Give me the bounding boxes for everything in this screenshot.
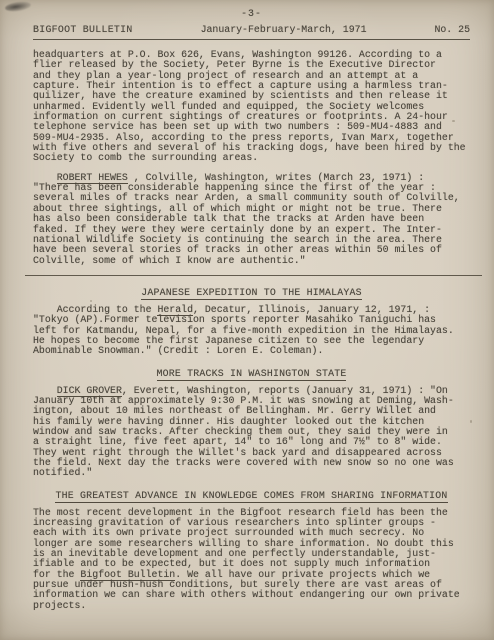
text-line: projects.: [33, 601, 470, 611]
article-body: headquarters at P.O. Box 626, Evans, Was…: [33, 50, 470, 611]
issue-date: January-February-March, 1971: [201, 24, 367, 35]
paper-speck: [60, 560, 62, 562]
page-content: -3- BIGFOOT BULLETIN January-February-Ma…: [0, 0, 494, 611]
paper-speck: [452, 120, 455, 122]
section-divider: [25, 275, 482, 276]
section-heading-text: THE GREATEST ADVANCE IN KNOWLEDGE COMES …: [55, 490, 447, 503]
paper-speck: [470, 420, 472, 423]
text-line: Abominable Snowman." (Credit : Loren E. …: [33, 346, 470, 356]
text-line: Colville, some of which I know are authe…: [33, 256, 470, 266]
issue-number: No. 25: [434, 24, 470, 35]
paragraph: According to the Herald, Decatur, Illino…: [33, 305, 470, 357]
paragraph: The most recent development in the Bigfo…: [33, 508, 470, 611]
section-heading: MORE TRACKS IN WASHINGTON STATE: [33, 368, 470, 379]
text-line: notified.": [33, 468, 470, 478]
section-heading-text: JAPANESE EXPEDITION TO THE HIMALAYAS: [141, 287, 362, 300]
section-heading: THE GREATEST ADVANCE IN KNOWLEDGE COMES …: [33, 490, 470, 501]
section-heading: JAPANESE EXPEDITION TO THE HIMALAYAS: [33, 287, 470, 298]
text-line: Society to comb the surrounding areas.: [33, 153, 470, 163]
paragraph: headquarters at P.O. Box 626, Evans, Was…: [33, 50, 470, 164]
masthead: BIGFOOT BULLETIN January-February-March,…: [33, 24, 470, 40]
paper-speck: [90, 300, 92, 302]
paragraph: ROBERT HEWES , Colville, Washington, wri…: [33, 173, 470, 266]
text-line: the field. Next day the tracks were cove…: [33, 458, 470, 468]
text-line: information we can share with others wit…: [33, 590, 470, 600]
bulletin-title: BIGFOOT BULLETIN: [33, 24, 133, 35]
section-heading-text: MORE TRACKS IN WASHINGTON STATE: [157, 368, 347, 381]
page-number: -3-: [33, 8, 470, 19]
paragraph: DICK GROVER, Everett, Washington, report…: [33, 386, 470, 479]
scanned-newsletter-page: -3- BIGFOOT BULLETIN January-February-Ma…: [0, 0, 494, 640]
